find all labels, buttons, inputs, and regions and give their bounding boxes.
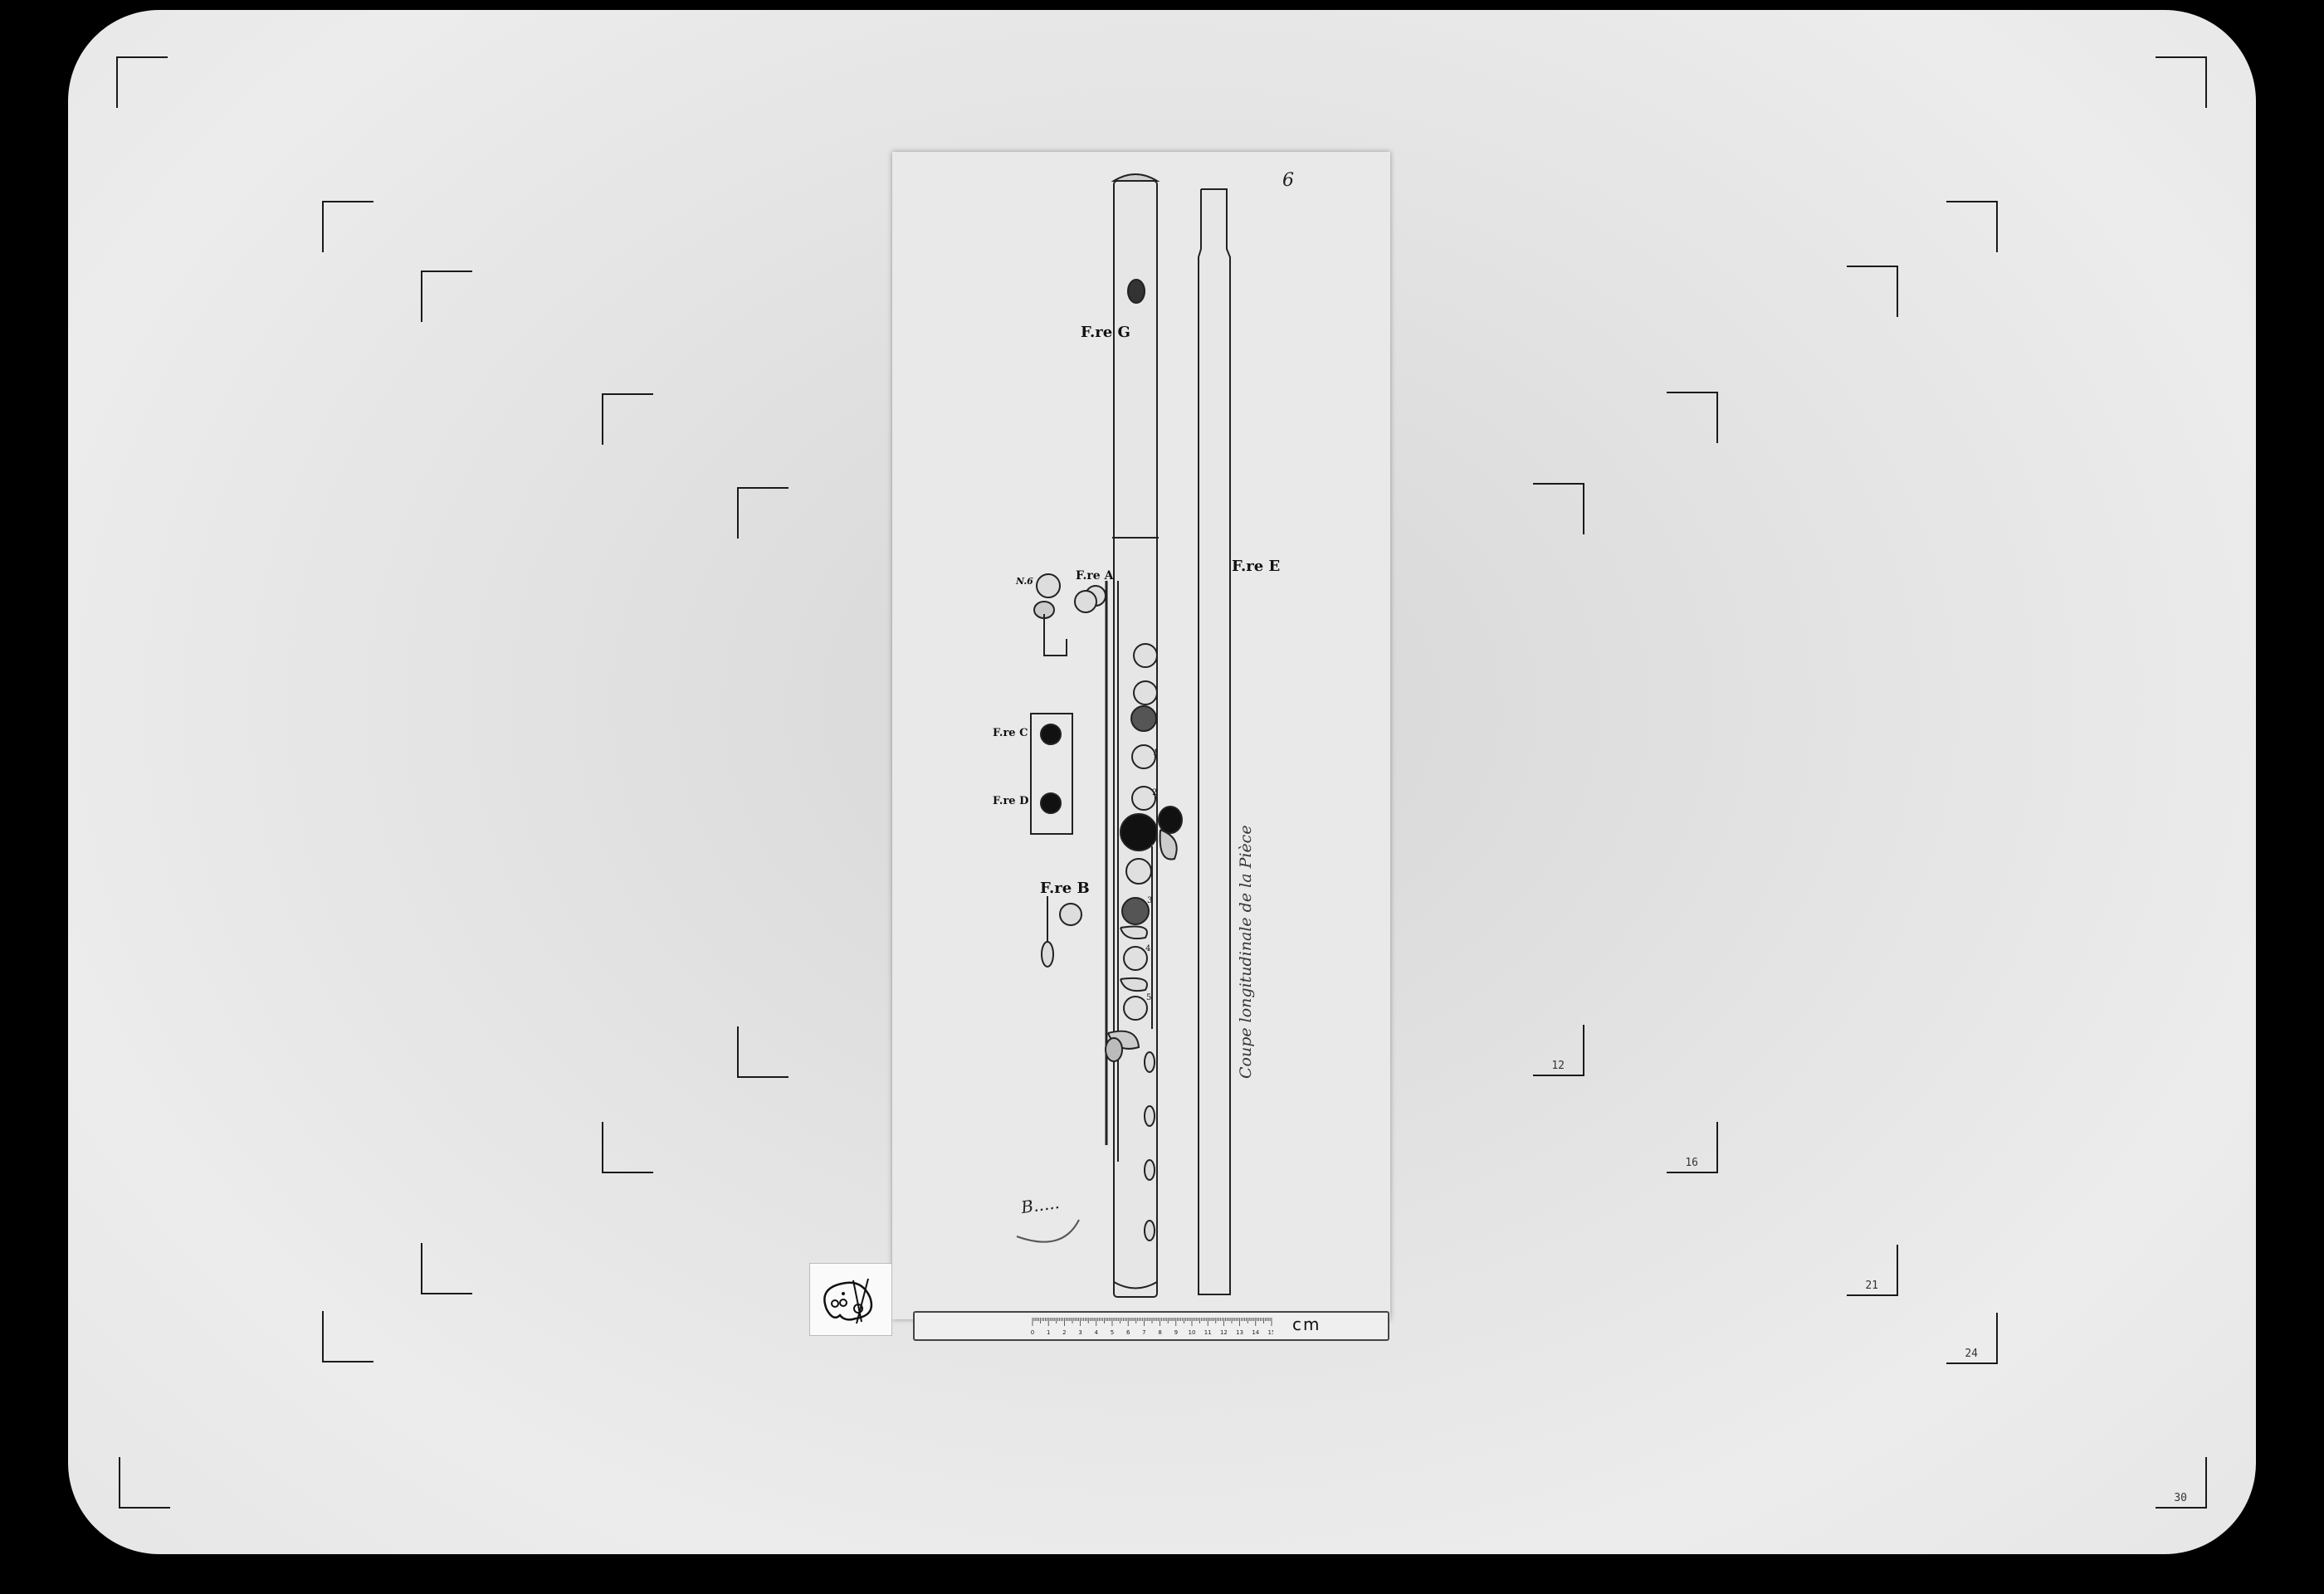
figure-label-c: F.re C <box>993 727 1028 739</box>
figure-label-d: F.re D <box>993 795 1028 807</box>
key-number-1: 1 <box>1153 748 1158 758</box>
svg-text:4: 4 <box>1095 1329 1099 1336</box>
svg-text:11: 11 <box>1204 1329 1212 1336</box>
svg-text:5: 5 <box>1111 1329 1114 1336</box>
figure-label-g: F.re G <box>1081 324 1130 341</box>
svg-text:1: 1 <box>1047 1329 1050 1336</box>
key-number-5: 5 <box>1146 993 1151 1002</box>
flute-crown <box>1114 174 1157 181</box>
archive-stamp <box>809 1263 892 1336</box>
figure-label-n6: N.6 <box>1016 576 1033 587</box>
svg-text:0: 0 <box>1031 1329 1034 1336</box>
svg-text:8: 8 <box>1158 1329 1161 1336</box>
svg-text:6: 6 <box>1126 1329 1130 1336</box>
key-number-4: 4 <box>1145 944 1150 953</box>
svg-text:10: 10 <box>1189 1329 1196 1336</box>
key-number-2: 2 <box>1152 788 1157 797</box>
ruler-unit-label: cm <box>1292 1314 1321 1334</box>
longitudinal-section-caption: Coupe longitudinale de la Pièce <box>1237 825 1255 1079</box>
svg-text:2: 2 <box>1062 1329 1066 1336</box>
figure-label-e: F.re E <box>1232 558 1280 575</box>
svg-text:3: 3 <box>1078 1329 1081 1336</box>
handwritten-page-number: 6 <box>1282 170 1294 191</box>
palette-icon <box>810 1264 891 1335</box>
svg-text:15: 15 <box>1268 1329 1273 1336</box>
embouchure-hole <box>1128 280 1145 303</box>
ruler-ticks: 0123456789101112131415 <box>1031 1318 1273 1336</box>
figure-label-a: F.re A <box>1076 569 1113 583</box>
svg-text:9: 9 <box>1174 1329 1178 1336</box>
svg-text:7: 7 <box>1142 1329 1145 1336</box>
svg-text:12: 12 <box>1220 1329 1228 1336</box>
flute-drawing <box>0 0 2324 1594</box>
key-number-3: 3 <box>1147 896 1152 905</box>
scale-ruler: 0123456789101112131415 cm <box>913 1311 1389 1341</box>
svg-text:13: 13 <box>1236 1329 1243 1336</box>
svg-text:14: 14 <box>1252 1329 1259 1336</box>
figure-label-b: F.re B <box>1040 880 1090 897</box>
